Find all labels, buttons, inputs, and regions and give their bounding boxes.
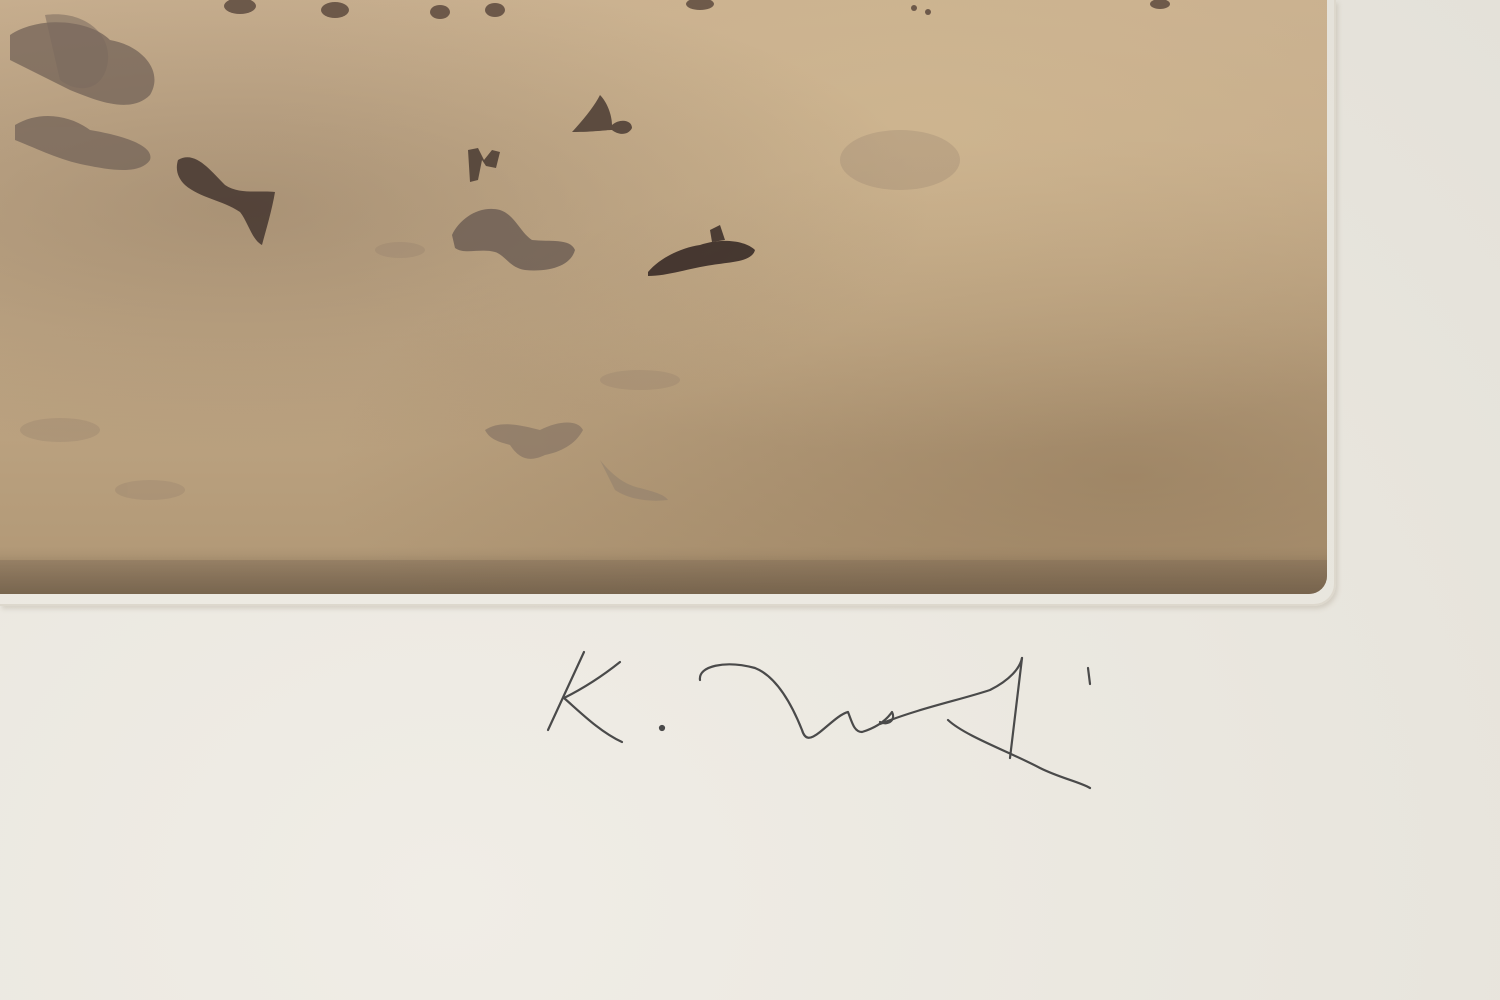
signature-strokes — [540, 640, 1300, 790]
printed-plate-image — [0, 0, 1327, 594]
ink-marks — [0, 0, 1327, 594]
pencil-signature: K. Mori — [540, 640, 1300, 790]
